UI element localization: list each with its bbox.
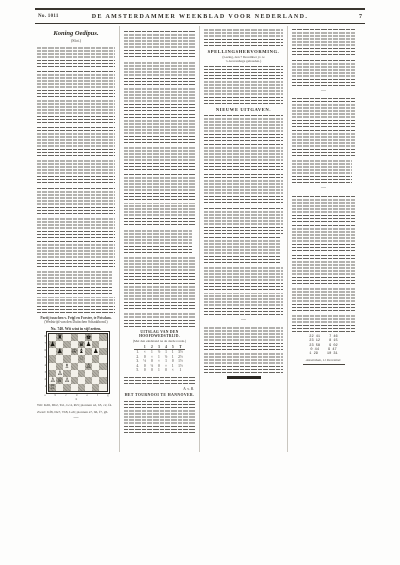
timetable-footer: Amsterdam, 11 December.	[291, 358, 356, 362]
signature: A. v. B.	[125, 387, 194, 391]
board-square	[92, 363, 99, 370]
board-square	[49, 363, 56, 370]
text-block	[292, 58, 355, 86]
separator-dash: —	[36, 416, 116, 421]
board-square	[78, 334, 85, 341]
text-block	[124, 88, 195, 111]
black-pieces-notation: Zwart: Kf8, De7, Tb8, Le6; pionnen a7, b…	[37, 410, 115, 414]
separator-dash: —	[291, 89, 356, 94]
board-square	[49, 370, 56, 377]
time-row: 1 2910 31	[293, 352, 354, 356]
table-cell: 0	[148, 368, 155, 372]
board-square: ♟	[85, 341, 92, 348]
board-square	[56, 384, 63, 391]
board-square	[49, 348, 56, 355]
board-square	[99, 355, 106, 362]
text-block	[124, 283, 195, 309]
board-square	[99, 377, 106, 384]
table-cell: 5.	[134, 368, 141, 372]
chess-caption-2: (Wedstrijd van den Duitschen Schaakbond.…	[36, 320, 116, 324]
newspaper-title: DE AMSTERDAMMER WEEKBLAD VOOR NEDERLAND.	[92, 14, 309, 20]
column-4: — — 22 417 4623 128 1523 589 020 449 471…	[288, 26, 359, 452]
column-layout: Koning Oedipus. (Slot.) Partij tusschen …	[33, 26, 367, 452]
board-square: ♙	[56, 370, 63, 377]
text-block	[204, 206, 283, 234]
text-block	[204, 66, 283, 104]
rank-label: 4	[45, 362, 47, 369]
text-block	[37, 159, 115, 183]
board-square	[85, 355, 92, 362]
text-block	[37, 47, 115, 67]
board-square	[99, 341, 106, 348]
text-block	[204, 144, 283, 170]
results-section-title: UITSLAG VAN DEN HOOFDWEDSTRIJD.	[123, 330, 196, 338]
board-square	[85, 370, 92, 377]
rank-label: 3	[45, 369, 47, 376]
table-cell: 0	[141, 368, 148, 372]
rank-label: 1	[45, 383, 47, 390]
board-square	[63, 370, 70, 377]
board-square: ♟	[49, 341, 56, 348]
text-block	[292, 159, 352, 183]
board-square: ♜	[56, 334, 63, 341]
board-square	[56, 355, 63, 362]
time-value: 10 31	[327, 352, 338, 356]
chess-problem-number: No. 740. Wit wint in vijf zetten.	[36, 327, 116, 331]
text-block	[37, 70, 115, 97]
text-block	[204, 173, 283, 203]
text-block	[124, 375, 195, 384]
text-block	[204, 113, 283, 141]
text-block	[124, 146, 195, 170]
board-square	[63, 355, 70, 362]
text-block	[292, 225, 355, 251]
section-heading: SPELLINGSHERVORMING.	[203, 49, 284, 54]
board-square: ♙	[63, 377, 70, 384]
board-square	[78, 363, 85, 370]
text-block	[37, 297, 115, 313]
board-square	[92, 334, 99, 341]
board-square	[85, 384, 92, 391]
board-square	[63, 348, 70, 355]
board-square	[71, 384, 78, 391]
text-block	[37, 217, 115, 238]
chess-board: ♜♚♟♛♟♟♔♝♟♘♗♙♙♙♕♙♖	[48, 333, 108, 393]
board-square	[49, 355, 56, 362]
board-square: ♗	[63, 363, 70, 370]
text-block	[292, 29, 355, 55]
board-square: ♘	[78, 355, 85, 362]
text-block	[204, 266, 283, 290]
board-square	[78, 370, 85, 377]
board-square	[78, 377, 85, 384]
board-square	[92, 384, 99, 391]
text-block	[292, 194, 355, 222]
masthead-bottom-rule	[35, 23, 365, 24]
text-block	[204, 29, 283, 46]
board-square	[56, 341, 63, 348]
board-square: ♝	[78, 348, 85, 355]
article-heading: Koning Oedipus.	[36, 30, 116, 37]
board-file-labels: a b c d e f g h	[36, 393, 116, 401]
separator-dash: —	[291, 186, 356, 191]
subsection-heading: HET TOURNOOI TE HANNOVER.	[123, 393, 196, 397]
board-square	[78, 384, 85, 391]
text-block	[204, 293, 283, 315]
board-square: ♕	[56, 377, 63, 384]
board-square: ♙	[49, 377, 56, 384]
table-cell: 0	[162, 368, 169, 372]
results-crosstable: 12345T1.×1½113½2.0×1½12½3.½0×101½4.0½0×1…	[134, 345, 185, 372]
board-square: ♟	[92, 348, 99, 355]
rank-label: 5	[45, 354, 47, 361]
board-square	[99, 334, 106, 341]
text-block	[124, 312, 195, 327]
board-square	[92, 341, 99, 348]
separator-dash: —	[203, 318, 284, 323]
text-block	[124, 228, 192, 253]
board-square	[63, 334, 70, 341]
board-square	[71, 341, 78, 348]
timetable-listing: 22 417 4623 128 1523 589 020 449 471 291…	[293, 335, 354, 356]
text-block	[292, 97, 355, 127]
text-block	[292, 287, 355, 311]
text-block	[37, 270, 112, 294]
board-square	[71, 334, 78, 341]
board-square	[85, 348, 92, 355]
board-square: ♖	[49, 384, 56, 391]
table-cell: 1	[155, 368, 162, 372]
section-subline-2: 's-Gravenhage gehouden.)	[203, 59, 284, 63]
text-block	[292, 254, 355, 284]
board-square	[85, 377, 92, 384]
text-block	[124, 29, 195, 57]
text-block	[37, 126, 115, 156]
closing-thin-rule	[303, 364, 345, 365]
time-value: 1 29	[309, 352, 318, 356]
text-block	[124, 203, 195, 225]
board-square: ♛	[78, 341, 85, 348]
board-square: ♙	[85, 363, 92, 370]
board-rank-labels: 87654321	[45, 333, 47, 393]
page-number: 7	[308, 14, 362, 20]
text-block	[37, 186, 115, 214]
chess-diagram: 87654321 ♜♚♟♛♟♟♔♝♟♘♗♙♙♙♕♙♖	[36, 333, 116, 393]
text-block	[124, 256, 195, 280]
board-square: ♔	[71, 348, 78, 355]
board-square	[63, 341, 70, 348]
board-square	[71, 370, 78, 377]
board-square	[99, 370, 106, 377]
text-block	[124, 173, 195, 200]
board-square	[99, 363, 106, 370]
board-square	[92, 370, 99, 377]
table-row: 5.0010×1	[134, 368, 185, 372]
text-block	[292, 314, 355, 332]
board-square	[49, 334, 56, 341]
board-square	[63, 384, 70, 391]
issue-number: No. 1011	[38, 14, 92, 19]
text-block	[124, 114, 195, 143]
masthead: No. 1011 DE AMSTERDAMMER WEEKBLAD VOOR N…	[33, 10, 367, 23]
text-block	[124, 60, 195, 85]
text-block	[204, 237, 280, 263]
text-block	[204, 353, 283, 373]
board-square	[71, 355, 78, 362]
board-square	[71, 377, 78, 384]
board-square: ♚	[85, 334, 92, 341]
rank-label: 8	[45, 333, 47, 340]
rank-label: 6	[45, 347, 47, 354]
text-block	[204, 326, 283, 350]
board-square	[56, 363, 63, 370]
board-square	[92, 355, 99, 362]
board-square: ♟	[56, 348, 63, 355]
section-heading-2: NIEUWE UITGAVEN.	[203, 107, 284, 112]
rank-label: 2	[45, 376, 47, 383]
text-block	[37, 241, 115, 267]
column-1: Koning Oedipus. (Slot.) Partij tusschen …	[33, 26, 119, 452]
table-cell: 1	[176, 368, 185, 372]
board-square	[71, 363, 78, 370]
results-section-subtitle: (Met den eindstand na de derde ronde.)	[123, 339, 196, 343]
board-square	[99, 384, 106, 391]
text-block	[292, 130, 355, 156]
column-2: UITSLAG VAN DEN HOOFDWEDSTRIJD. (Met den…	[120, 26, 199, 452]
closing-rule	[227, 376, 261, 379]
board-square	[92, 377, 99, 384]
white-pieces-notation: Wit: Kd6, Db2, Ta1, Lc4, Pe5; pionnen a2…	[37, 403, 115, 407]
column-3: SPELLINGSHERVORMING. (Lezing, den 7 Dece…	[200, 26, 287, 452]
text-block	[124, 399, 195, 433]
article-subheading: (Slot.)	[36, 38, 116, 43]
newspaper-page: No. 1011 DE AMSTERDAMMER WEEKBLAD VOOR N…	[33, 8, 367, 454]
text-block	[37, 100, 115, 123]
rank-label: 7	[45, 340, 47, 347]
board-square	[99, 348, 106, 355]
